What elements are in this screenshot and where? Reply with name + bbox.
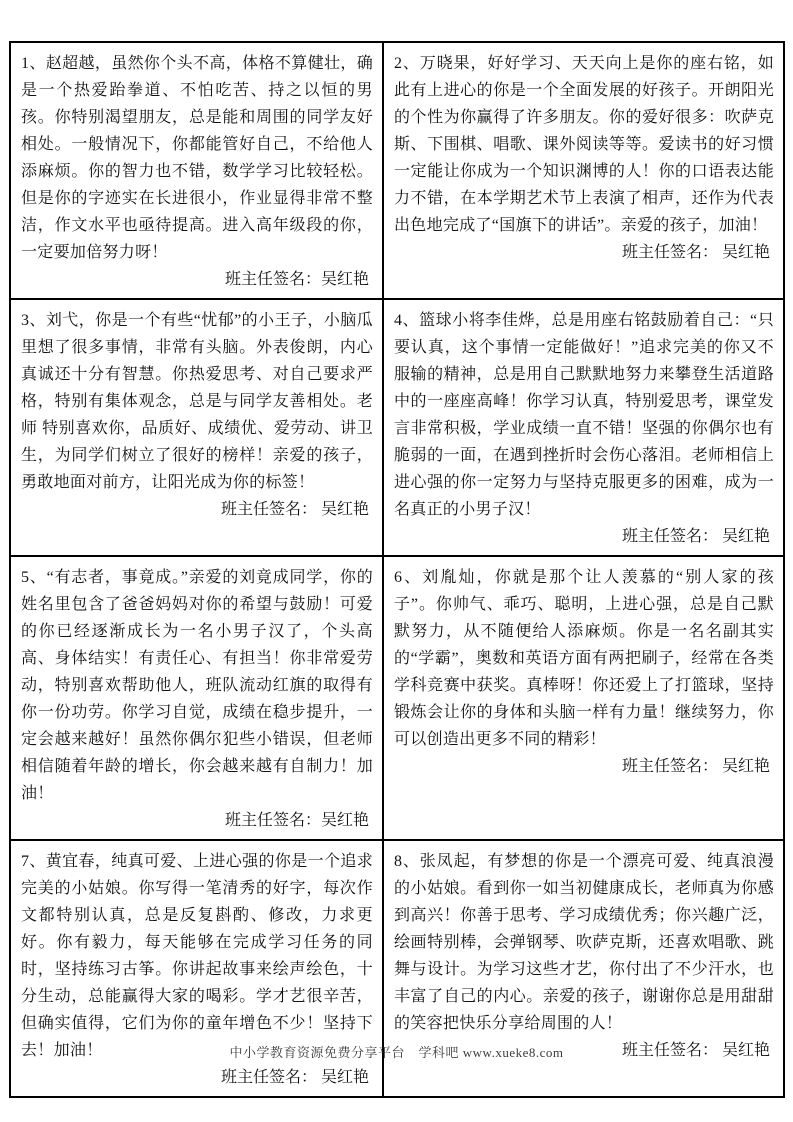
comment-text-2: 2、万晓果，好好学习、天天向上是你的座右铭，如此有上进心的你是一个全面发展的好孩… [394,50,774,239]
document-page: 1、赵超越，虽然你个头不高，体格不算健壮，确是一个热爱跆拳道、不怕吃苦、持之以恒… [0,0,793,1122]
student-comments-table: 1、赵超越，虽然你个头不高，体格不算健壮，确是一个热爱跆拳道、不怕吃苦、持之以恒… [9,41,785,1098]
teacher-signature-3: 班主任签名： 吴红艳 [21,496,373,524]
comment-cell-3: 3、刘弋，你是一个有些“忧郁”的小王子，小脑瓜里想了很多事情，非常有头脑。外表俊… [10,299,383,556]
comment-cell-4: 4、篮球小将李佳烨，总是用座右铭鼓励着自己：“只要认真，这个事情一定能做好！”追… [383,299,784,556]
comment-text-3: 3、刘弋，你是一个有些“忧郁”的小王子，小脑瓜里想了很多事情，非常有头脑。外表俊… [21,307,373,496]
comment-text-7: 7、黄宜春，纯真可爱、上进心强的你是一个追求完美的小姑娘。你写得一笔清秀的好字，… [21,848,373,1064]
comment-cell-6: 6、刘胤灿，你就是那个让人羡慕的“别人家的孩子”。你帅气、乖巧、聪明，上进心强，… [383,556,784,840]
comment-text-1: 1、赵超越，虽然你个头不高，体格不算健壮，确是一个热爱跆拳道、不怕吃苦、持之以恒… [21,50,373,266]
comment-text-8: 8、张凤起，有梦想的你是一个漂亮可爱、纯真浪漫的小姑娘。看到你一如当初健康成长，… [394,848,774,1037]
teacher-signature-4: 班主任签名： 吴红艳 [394,523,774,551]
comment-cell-5: 5、“有志者，事竟成。”亲爱的刘竟成同学，你的姓名里包含了爸爸妈妈对你的希望与鼓… [10,556,383,840]
teacher-signature-5: 班主任签名：吴红艳 [21,807,373,835]
comment-text-6: 6、刘胤灿，你就是那个让人羡慕的“别人家的孩子”。你帅气、乖巧、聪明，上进心强，… [394,564,774,753]
comment-cell-1: 1、赵超越，虽然你个头不高，体格不算健壮，确是一个热爱跆拳道、不怕吃苦、持之以恒… [10,42,383,299]
teacher-signature-6: 班主任签名： 吴红艳 [394,753,774,781]
page-footer: 中小学教育资源免费分享平台 学科吧 www.xueke8.com [0,1042,793,1061]
comment-cell-2: 2、万晓果，好好学习、天天向上是你的座右铭，如此有上进心的你是一个全面发展的好孩… [383,42,784,299]
comment-text-4: 4、篮球小将李佳烨，总是用座右铭鼓励着自己：“只要认真，这个事情一定能做好！”追… [394,307,774,523]
teacher-signature-2: 班主任签名： 吴红艳 [394,239,774,267]
comment-text-5: 5、“有志者，事竟成。”亲爱的刘竟成同学，你的姓名里包含了爸爸妈妈对你的希望与鼓… [21,564,373,807]
teacher-signature-7: 班主任签名： 吴红艳 [21,1064,373,1092]
teacher-signature-1: 班主任签名：吴红艳 [21,266,373,294]
